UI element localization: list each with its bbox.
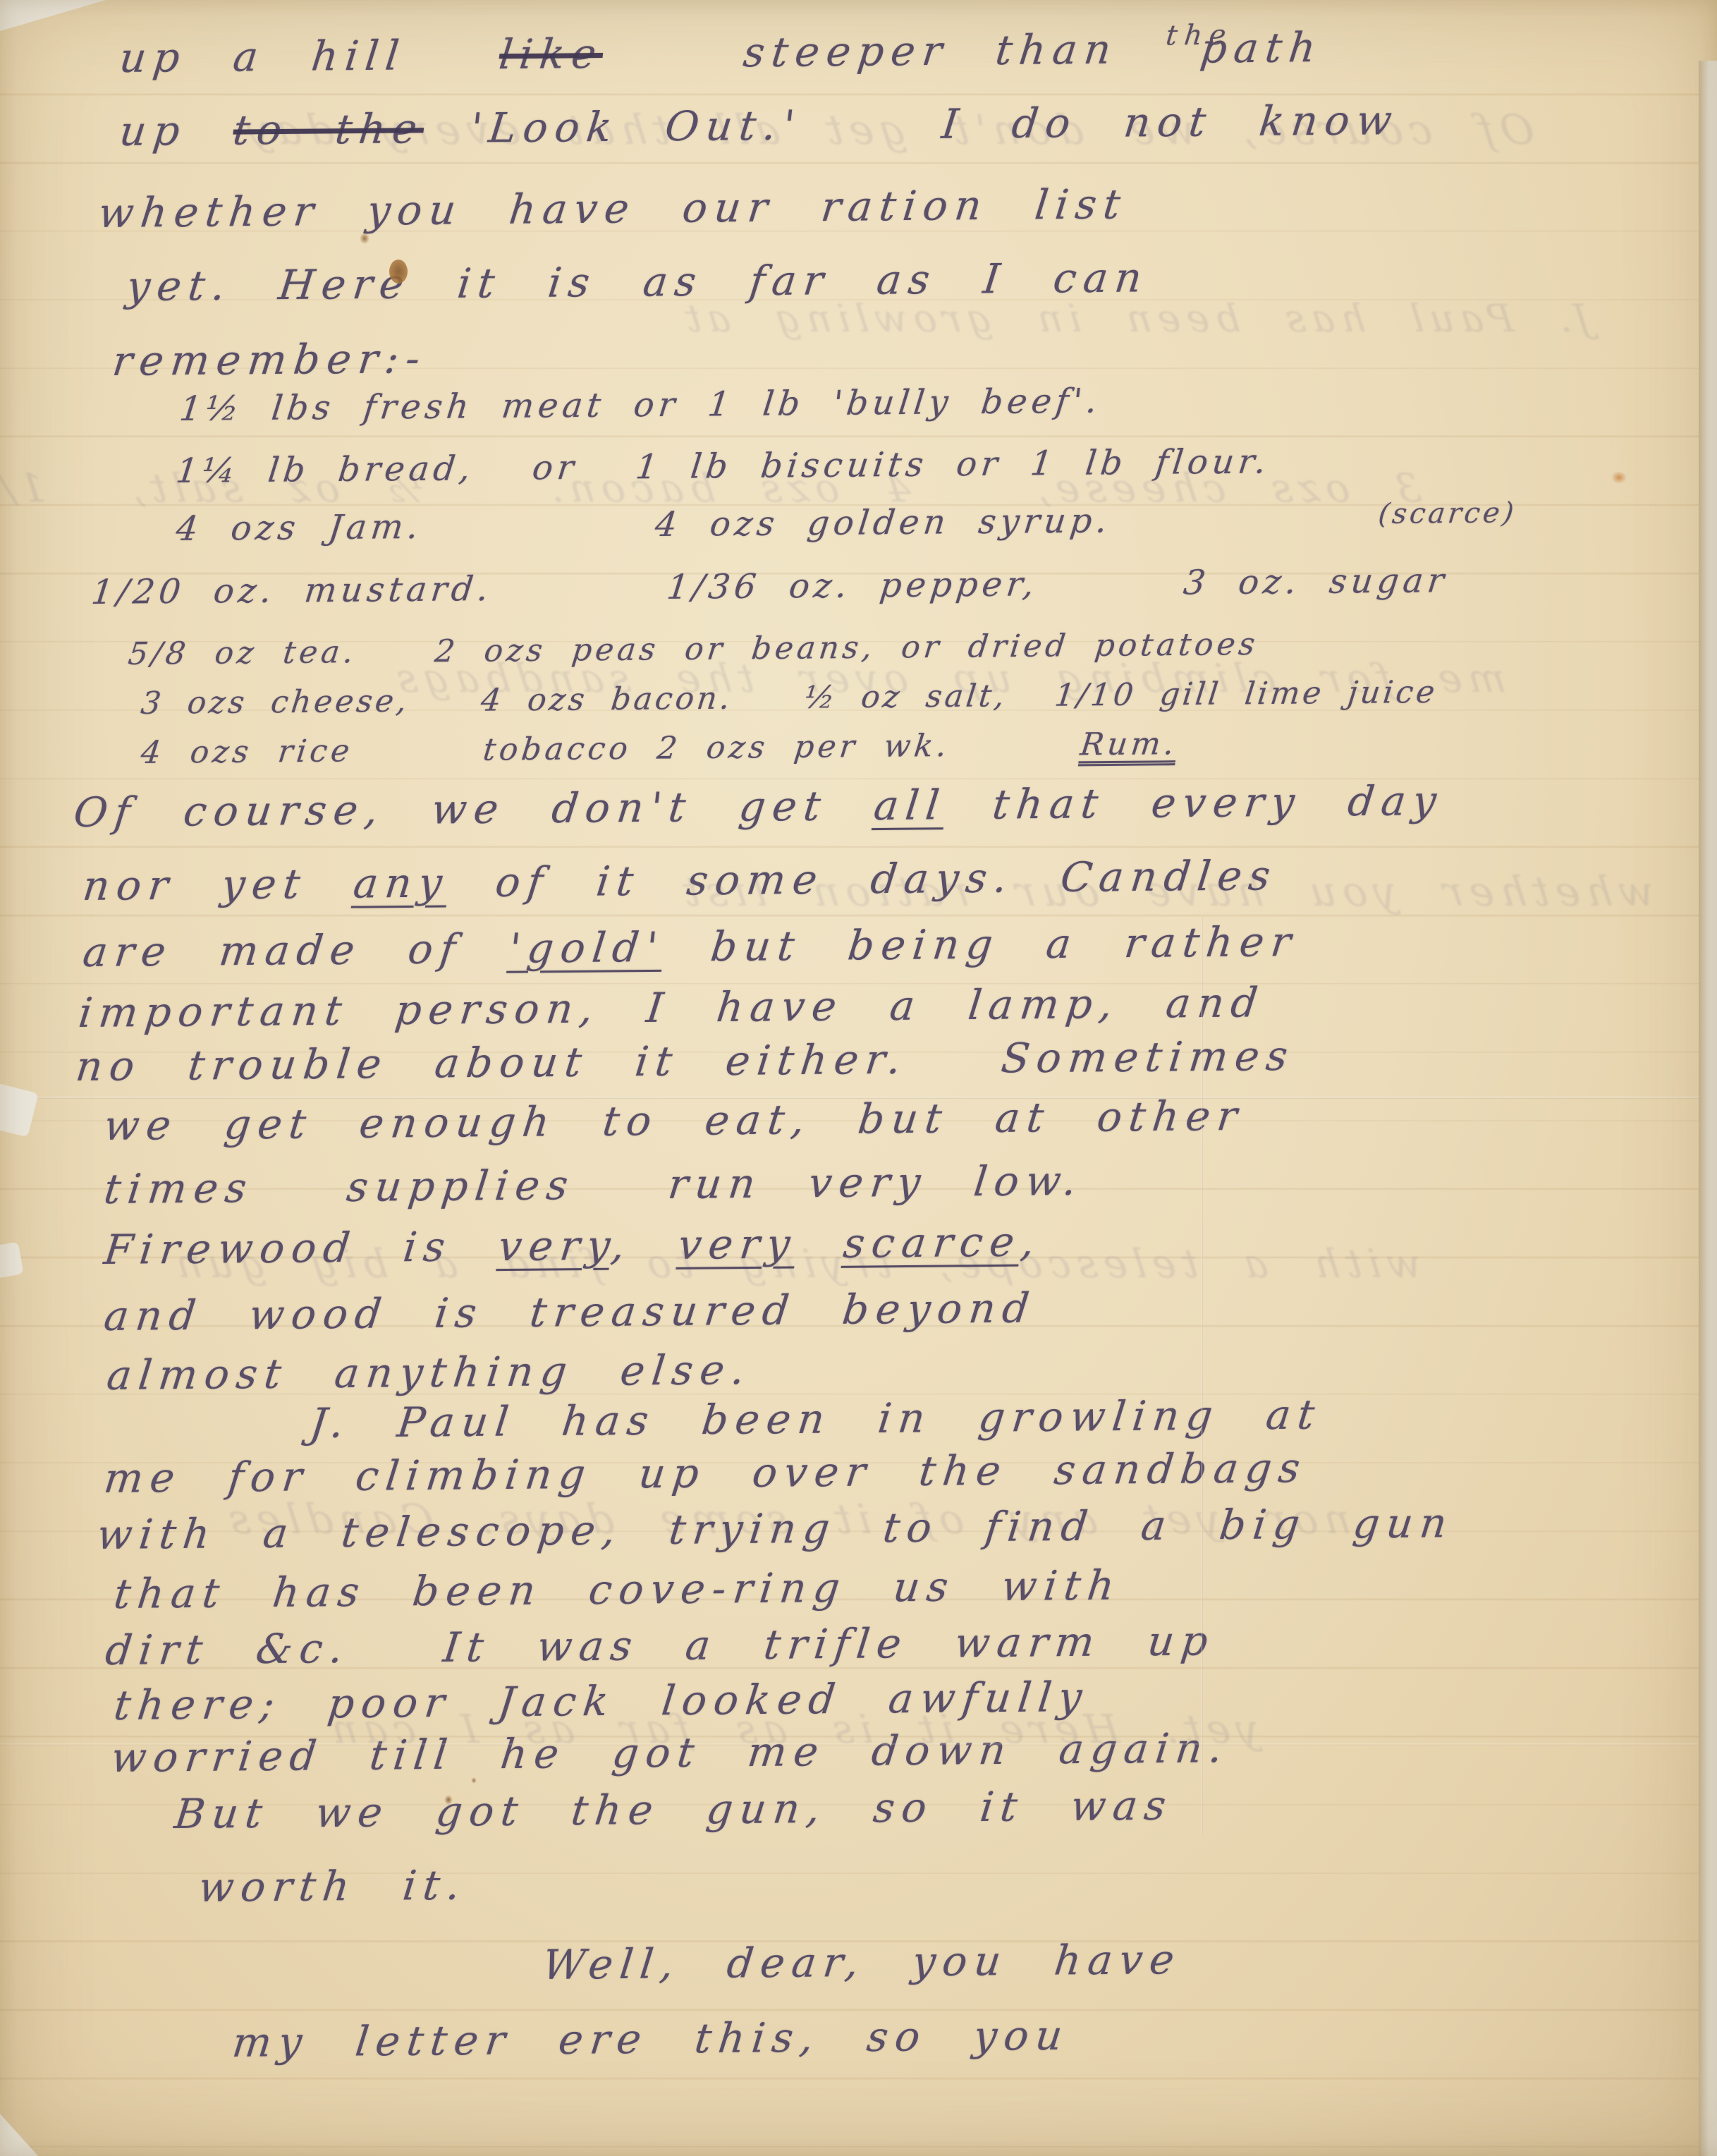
paper-vignette	[0, 0, 1717, 2156]
letter-page: Of course, we don't get all that every d…	[0, 0, 1717, 2156]
